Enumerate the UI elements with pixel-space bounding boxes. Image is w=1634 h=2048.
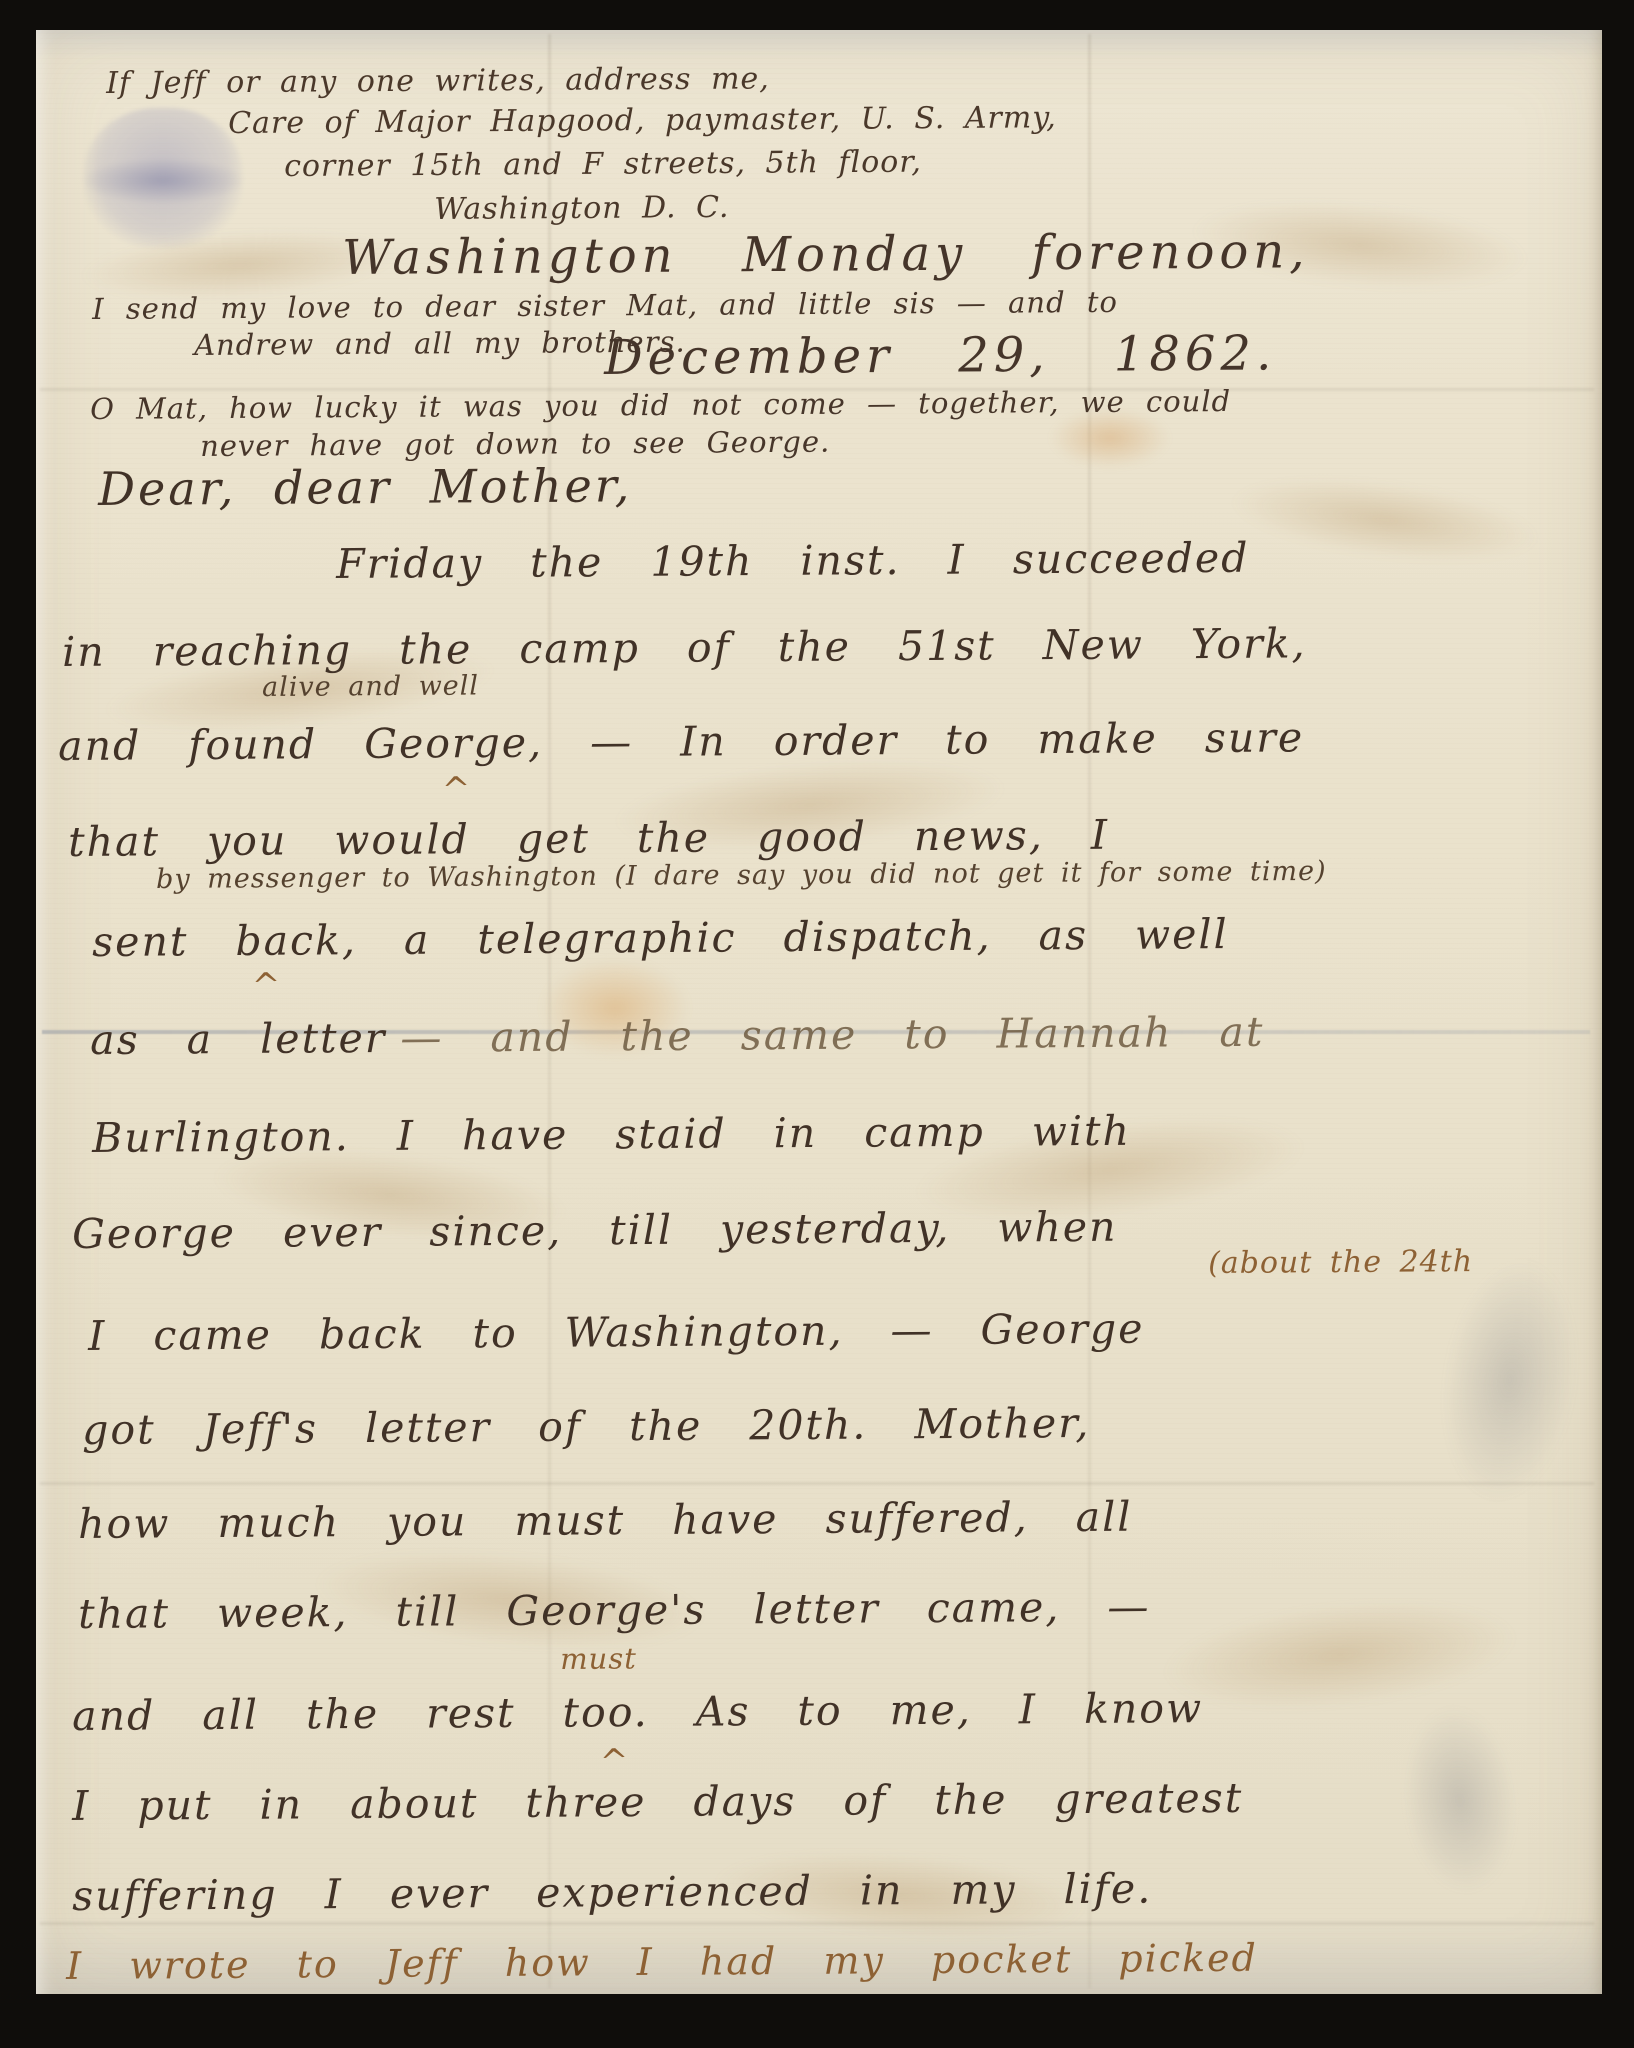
body-line-1: Friday the 19th inst. I succeeded (336, 534, 1250, 588)
body-line-9: I came back to Washington, — George (88, 1305, 1145, 1360)
interline-alive-and-well: alive and well (262, 670, 479, 703)
salutation: Dear, dear Mother, (98, 458, 632, 516)
purple-ink-stamp-smudge (84, 108, 242, 248)
address-note-line-3: corner 15th and F streets, 5th floor, (284, 145, 922, 184)
dateline-place-day: Washington Monday forenoon, (342, 223, 1310, 286)
insertion-caret: ^ (251, 965, 282, 1006)
body-line-16: I wrote to Jeff how I had my pocket pick… (66, 1936, 1258, 1988)
body-line-14: I put in about three days of the greates… (72, 1774, 1243, 1830)
body-line-12: that week, till George's letter came, — (78, 1583, 1151, 1638)
body-line-6: as a letter— and the same to Hannah at (90, 1008, 1265, 1064)
postscript-love-line-1: I send my love to dear sister Mat, and l… (92, 285, 1118, 326)
body-line-6-dark: as a letter (90, 1014, 387, 1064)
body-line-15: suffering I ever experienced in my life. (72, 1864, 1152, 1920)
interline-must: must (560, 1641, 637, 1676)
body-line-3: and found George, — In order to make sur… (58, 713, 1304, 770)
horizontal-fold-crease (40, 1482, 1594, 1485)
body-line-10: got Jeff's letter of the 20th. Mother, (82, 1399, 1090, 1454)
address-note-line-1: If Jeff or any one writes, address me, (106, 61, 770, 101)
body-line-2: in reaching the camp of the 51st New Yor… (62, 619, 1307, 676)
body-line-11: how much you must have suffered, all (78, 1493, 1133, 1548)
body-line-13: and all the rest too. As to me, I know (72, 1684, 1203, 1740)
letter-photograph: { "colors": { "backdrop": "#0f0d0b", "pa… (0, 0, 1634, 2048)
interline-about-24th: (about the 24th (1208, 1244, 1473, 1281)
body-line-7: Burlington. I have staid in camp with (92, 1107, 1131, 1162)
address-note-line-2: Care of Major Hapgood, paymaster, U. S. … (228, 100, 1057, 141)
insertion-caret: ^ (599, 1741, 630, 1782)
body-line-5: sent back, a telegraphic dispatch, as we… (92, 910, 1229, 966)
body-line-6-faded: — and the same to Hannah at (400, 1008, 1264, 1062)
dateline-date: December 29, 1862. (604, 325, 1276, 386)
postscript-mat-line-2: never have got down to see George. (200, 425, 830, 463)
body-line-8: George ever since, till yesterday, when (72, 1203, 1118, 1258)
address-note-line-4: Washington D. C. (434, 190, 730, 227)
insertion-caret: ^ (441, 769, 472, 810)
